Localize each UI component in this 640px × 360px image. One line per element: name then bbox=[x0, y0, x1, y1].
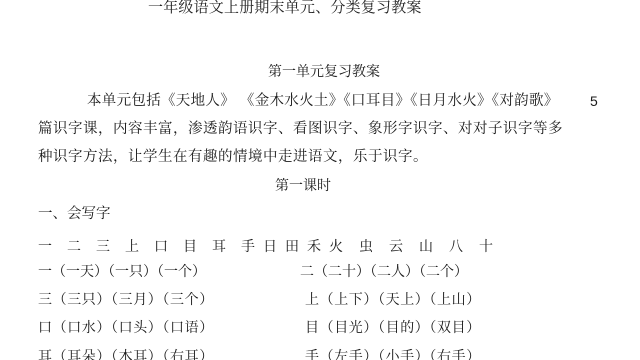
character: 火 bbox=[329, 236, 359, 256]
character: 山 bbox=[419, 236, 449, 256]
character: 云 bbox=[389, 236, 419, 256]
characters-row: 一 二 三 上 口 目 耳 手 日 田 禾 火 虫 云 山 八 十 bbox=[38, 236, 509, 256]
character: 八 bbox=[449, 236, 479, 256]
character: 十 bbox=[479, 236, 509, 256]
word-row-right: 手（左手）（小手）（右手） bbox=[305, 350, 481, 360]
word-row-left: 三（三只）（三月）（三个） bbox=[38, 293, 214, 307]
intro-line-2: 篇识字课，内容丰富，渗透韵语识字、看图识字、象形字识字、对对子识字等多 bbox=[38, 122, 563, 137]
character: 日 bbox=[263, 236, 285, 256]
character: 目 bbox=[183, 236, 212, 256]
intro-number: 5 bbox=[590, 94, 598, 108]
word-row-left: 一（一天）（一只）（一个） bbox=[38, 265, 206, 279]
word-row-right: 目（目光）（目的）（双目） bbox=[305, 321, 481, 335]
character: 三 bbox=[96, 236, 125, 256]
lesson-heading: 第一课时 bbox=[275, 179, 331, 193]
character: 耳 bbox=[212, 236, 241, 256]
character: 田 bbox=[285, 236, 307, 256]
word-row-left: 口（口水）（口头）（口语） bbox=[38, 321, 214, 335]
section-heading: 一、会写字 bbox=[38, 207, 111, 222]
intro-line-1: 本单元包括《天地人》 《金木水火土》《口耳目》《日月水火》《对韵歌》 bbox=[87, 94, 559, 109]
character: 手 bbox=[241, 236, 263, 256]
character: 上 bbox=[125, 236, 154, 256]
intro-line-3: 种识字方法，让学生在有趣的情境中走进语文，乐于识字。 bbox=[38, 150, 428, 165]
word-row-right: 二（二十）（二人）（二个） bbox=[300, 265, 468, 279]
unit-heading: 第一单元复习教案 bbox=[268, 65, 380, 79]
document-title: 一年级语文上册期末单元、分类复习教案 bbox=[148, 0, 422, 15]
character: 虫 bbox=[359, 236, 389, 256]
character: 二 bbox=[67, 236, 96, 256]
character: 口 bbox=[154, 236, 183, 256]
word-row-right: 上（上下）（天上）（上山） bbox=[305, 293, 481, 307]
character: 一 bbox=[38, 236, 67, 256]
word-row-left: 耳（耳朵）（木耳）（右耳） bbox=[38, 350, 214, 360]
character: 禾 bbox=[307, 236, 329, 256]
